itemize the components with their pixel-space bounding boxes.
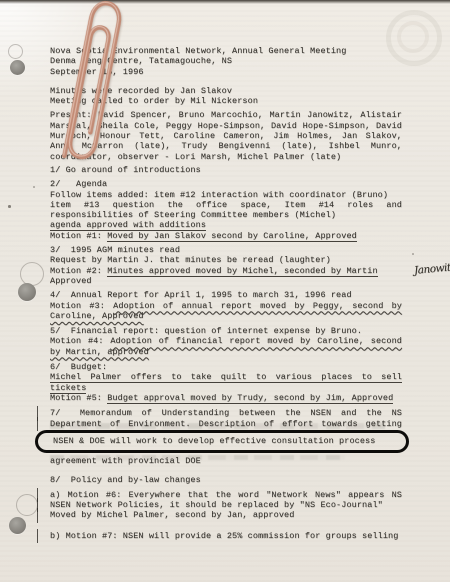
text-segment: 7/ Memorandum of Understanding between t… [50, 408, 402, 418]
text-segment: Motion #5: [50, 393, 107, 403]
text-segment: agreement with provincial DOE [50, 456, 201, 466]
text-segment: 5/ Financial report: question of interne… [50, 326, 362, 336]
underlined-text: Moved by Jan Slakov second by Caroline, … [107, 231, 357, 242]
handwritten-annotation: Janowitz [414, 262, 450, 276]
doc-line: Request by Martin J. that minutes be rer… [50, 255, 402, 265]
doc-line: Motion #2: Minutes approved moved by Mic… [50, 266, 402, 276]
punch-hole [10, 60, 25, 75]
scanner-top-edge [0, 0, 450, 4]
punch-hole [9, 517, 26, 534]
doc-line: Motion #1: Moved by Jan Slakov second by… [50, 231, 402, 241]
doc-line: 6/ Budget: [50, 362, 402, 372]
doc-line: 7/ Memorandum of Understanding between t… [50, 408, 402, 418]
text-segment: Moved by Michel Palmer, second by Jan, a… [50, 510, 294, 520]
underlined-text: by Martin, approved [50, 347, 149, 357]
scanned-document-page: Nova Scotia Environmental Network, Annua… [0, 0, 450, 582]
text-segment: responsibilities of Steering Committee m… [50, 210, 336, 220]
underlined-text: Adoption of financial report moved by Ca… [110, 336, 402, 346]
text-segment: Follow items added: item #12 interaction… [50, 190, 388, 200]
doc-line: Caroline, Approved [50, 311, 402, 321]
doc-line: a) Motion #6: Everywhere that the word "… [50, 490, 402, 500]
text-segment: 4/ Annual Report for April 1, 1995 to ma… [50, 290, 352, 300]
scan-speck [412, 253, 414, 255]
underlined-text: Caroline, Approved [50, 311, 144, 321]
doc-line: Michel Palmer offers to take quilt to va… [50, 372, 402, 382]
text-segment: b) Motion #7: NSEN will provide a 25% co… [50, 531, 398, 541]
doc-line: Motion #5: Budget approval moved by Trud… [50, 393, 402, 403]
text-segment: a) Motion #6: Everywhere that the word "… [50, 490, 402, 500]
doc-line: Department of Environment. Description o… [50, 419, 402, 429]
doc-line: Motion #3: Adoption of annual report mov… [50, 301, 402, 311]
text-segment: Department of Environment. Description o… [50, 419, 402, 429]
text-segment: NSEN & DOE will work to develop effectiv… [53, 436, 375, 446]
text-segment: Approved [50, 276, 92, 286]
punch-hole-ring [16, 494, 38, 516]
doc-line: NSEN Network Policies, it should be repl… [50, 500, 402, 510]
text-segment: 3/ 1995 AGM minutes read [50, 245, 180, 255]
text-segment: Motion #2: [50, 266, 107, 276]
text-segment: NSEN Network Policies, it should be repl… [50, 500, 383, 510]
circled-motion-text: NSEN & DOE will work to develop effectiv… [35, 430, 409, 453]
doc-line: by Martin, approved [50, 347, 402, 357]
text-segment: item #13 question the office space, Item… [50, 200, 402, 210]
doc-line: 5/ Financial report: question of interne… [50, 326, 402, 336]
doc-line: responsibilities of Steering Committee m… [50, 210, 402, 220]
underlined-text: Budget approval moved by Trudy, second b… [107, 393, 393, 404]
doc-line: 8/ Policy and by-law changes [50, 475, 402, 485]
text-segment: 8/ Policy and by-law changes [50, 475, 201, 485]
doc-line: Approved [50, 276, 402, 286]
doc-line: item #13 question the office space, Item… [50, 200, 402, 210]
doc-line: 3/ 1995 AGM minutes read [50, 245, 402, 255]
doc-line: Motion #4: Adoption of financial report … [50, 336, 402, 346]
text-segment: Motion #4: [50, 336, 110, 346]
text-segment: 6/ Budget: [50, 362, 107, 372]
doc-line: agreement with provincial DOE [50, 456, 402, 466]
punch-hole-ring [8, 44, 23, 59]
text-segment: Motion #3: [50, 301, 113, 311]
scan-speck [33, 186, 35, 188]
doc-line: 4/ Annual Report for April 1, 1995 to ma… [50, 290, 402, 300]
doc-line: agenda approved with additions [50, 220, 402, 230]
scan-speck [8, 205, 11, 208]
doc-line: b) Motion #7: NSEN will provide a 25% co… [50, 531, 402, 541]
doc-line: Moved by Michel Palmer, second by Jan, a… [50, 510, 402, 520]
doc-line: tickets [50, 383, 402, 393]
doc-line: Follow items added: item #12 interaction… [50, 190, 402, 200]
text-segment: Request by Martin J. that minutes be rer… [50, 255, 331, 265]
punch-hole [18, 283, 36, 301]
underlined-text: Adoption of annual report moved by Peggy… [113, 301, 402, 311]
text-segment: Motion #1: [50, 231, 107, 241]
